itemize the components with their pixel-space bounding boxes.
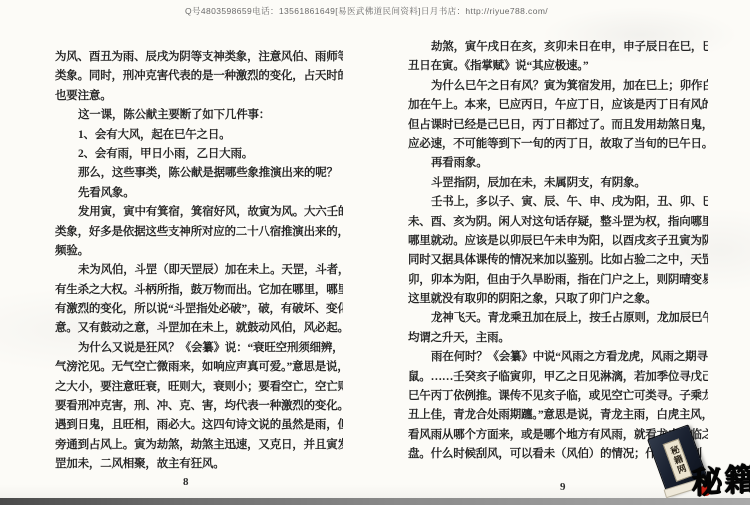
scanned-book-spread: Q号4803598659电话：13561861649[易医武佛道民间资料]日月书… [0, 0, 750, 505]
text-line: 但占课时已经是己巳日，丙丁日都过了。而且发用劫煞日鬼，其 [408, 116, 708, 135]
text-line: 遇到日鬼，且旺相，雨必大。这四句诗文说的虽然是雨，但也可 [55, 416, 343, 435]
text-line: 频验。 [55, 242, 343, 261]
scan-edge-bar [0, 498, 750, 505]
text-line: 丑日在寅。《指掌赋》说“其应极速。” [408, 57, 708, 76]
book-label-text: 秘籍网 [668, 445, 687, 476]
text-line: 劫煞，寅午戌日在亥，亥卯未日在申，申子辰日在巳，巳酉 [408, 38, 708, 57]
text-line: 未、酉、亥为阴。闲人对这句话存疑，整斗罡为权，指向哪里， [408, 213, 708, 232]
text-line: 加在午上。本来，巳应丙日，午应丁日，应该是丙丁日有风的， [408, 96, 708, 115]
left-page-text: 为风、酉丑为雨、辰戌为阴等支神类象，注意风伯、雨师等神煞类象。同时，刑冲克害代表… [55, 48, 343, 475]
text-line: 再看雨象。 [408, 154, 708, 173]
text-line: 要看刑冲克害，刑、冲、克、害，均代表一种激烈的变化。如果 [55, 397, 343, 416]
text-line: 未为风伯，斗罡（即天罡辰）加在未上。天罡，斗者，魁也， [55, 261, 343, 280]
right-page-text: 劫煞，寅午戌日在亥，亥卯未日在申，申子辰日在巳，巳酉丑日在寅。《指掌赋》说“其应… [408, 38, 708, 465]
text-line: 气滂沱见。无气空亡微雨来，如响应声真可爱。”意思是说，占雨 [55, 358, 343, 377]
text-line: 2、会有雨，甲日小雨，乙日大雨。 [55, 145, 343, 164]
text-line: 哪里就动。应该是以卯辰巳午未申为阳，以酉戌亥子丑寅为阴， [408, 232, 708, 251]
text-line: 这一课，陈公献主要断了如下几件事： [55, 106, 343, 125]
text-line: 卯，卯本为阳，但由于久旱盼雨，指在门户之上，则阴晴变易。 [408, 271, 708, 290]
text-line: 壬书上，多以子、寅、辰、午、申、戌为阳，丑、卯、巳、 [408, 193, 708, 212]
text-line: 有激烈的变化，所以说“斗罡指处必破”，破，有破坏、变化之 [55, 300, 343, 319]
page-number-left: 8 [183, 476, 189, 488]
text-line: 罡加未，二风相聚，故主有狂风。 [55, 455, 343, 474]
text-line: 旁通到占风上。寅为劫煞，劫煞主迅速，又克日，并且寅发用、 [55, 436, 343, 455]
text-line: 那么，这些事类，陈公献是据哪些象推演出来的呢？ [55, 164, 343, 183]
page-number-right: 9 [560, 481, 566, 493]
watermark: 秘籍网 秘籍网 [645, 418, 750, 505]
text-line: 为什么巳午之日有风？寅为箕宿发用，加在巳上；卯作白虎， [408, 77, 708, 96]
text-line: 类象。同时，刑冲克害代表的是一种激烈的变化，占天时的时候 [55, 67, 343, 86]
text-line: 巳午丙丁依例推。课传不见亥子临，或见空亡可类寻。子乘龙神 [408, 387, 708, 406]
text-line: 应必速，不可能等到下一旬的丙丁日，故取了当旬的巳午日。 [408, 135, 708, 154]
book-cover-label: 秘籍网 [663, 438, 693, 481]
text-line: 均谓之升天，主雨。 [408, 329, 708, 348]
text-line: 类象，好多是依据这些支神所对应的二十八宿推演出来的，用之 [55, 223, 343, 242]
text-line: 斗罡指阴，辰加在未，未属阴支，有阴象。 [408, 174, 708, 193]
text-line: 发用寅，寅中有箕宿，箕宿好风，故寅为风。大六壬的支神 [55, 203, 343, 222]
text-line: 鼠。……壬癸亥子临寅卯，甲乙之日见淋漓，若加季位寻戊己， [408, 368, 708, 387]
text-line: 雨在何时？《会纂》中说“风雨之方看龙虎，风雨之期寻羊 [408, 348, 708, 367]
text-line: 龙神飞天。青龙乘丑加在辰上，按壬占原则，龙加辰巳午未 [408, 309, 708, 328]
text-line: 也要注意。 [55, 87, 343, 106]
text-line: 为风、酉丑为雨、辰戌为阴等支神类象，注意风伯、雨师等神煞 [55, 48, 343, 67]
text-line: 之大小，要注意旺衰，旺则大，衰则小；要看空亡，空亡则小； [55, 378, 343, 397]
text-line: 为什么又说是狂风？《会纂》说：“衰旺空刑须细辨，克日有 [55, 339, 343, 358]
text-line: 意。又有鼓动之意，斗罡加在未上，就鼓动风伯，风必起。 [55, 319, 343, 338]
text-line: 这里就没有取卯的阴阳之象，只取了卯门户之象。 [408, 290, 708, 309]
text-line: 1、会有大风，起在巳午之日。 [55, 126, 343, 145]
text-line: 先看风象。 [55, 184, 343, 203]
text-line: 有生杀之大权。斗柄所指，鼓万物而出。它加在哪里，哪里就会 [55, 281, 343, 300]
watermark-site-name: 秘籍网 [691, 451, 750, 503]
text-line: 同时又据具体课传的情况来加以鉴别。比如占验二之中，天罡居 [408, 251, 708, 270]
seller-imprint-line: Q号4803598659电话：13561861649[易医武佛道民间资料]日月书… [185, 5, 548, 17]
